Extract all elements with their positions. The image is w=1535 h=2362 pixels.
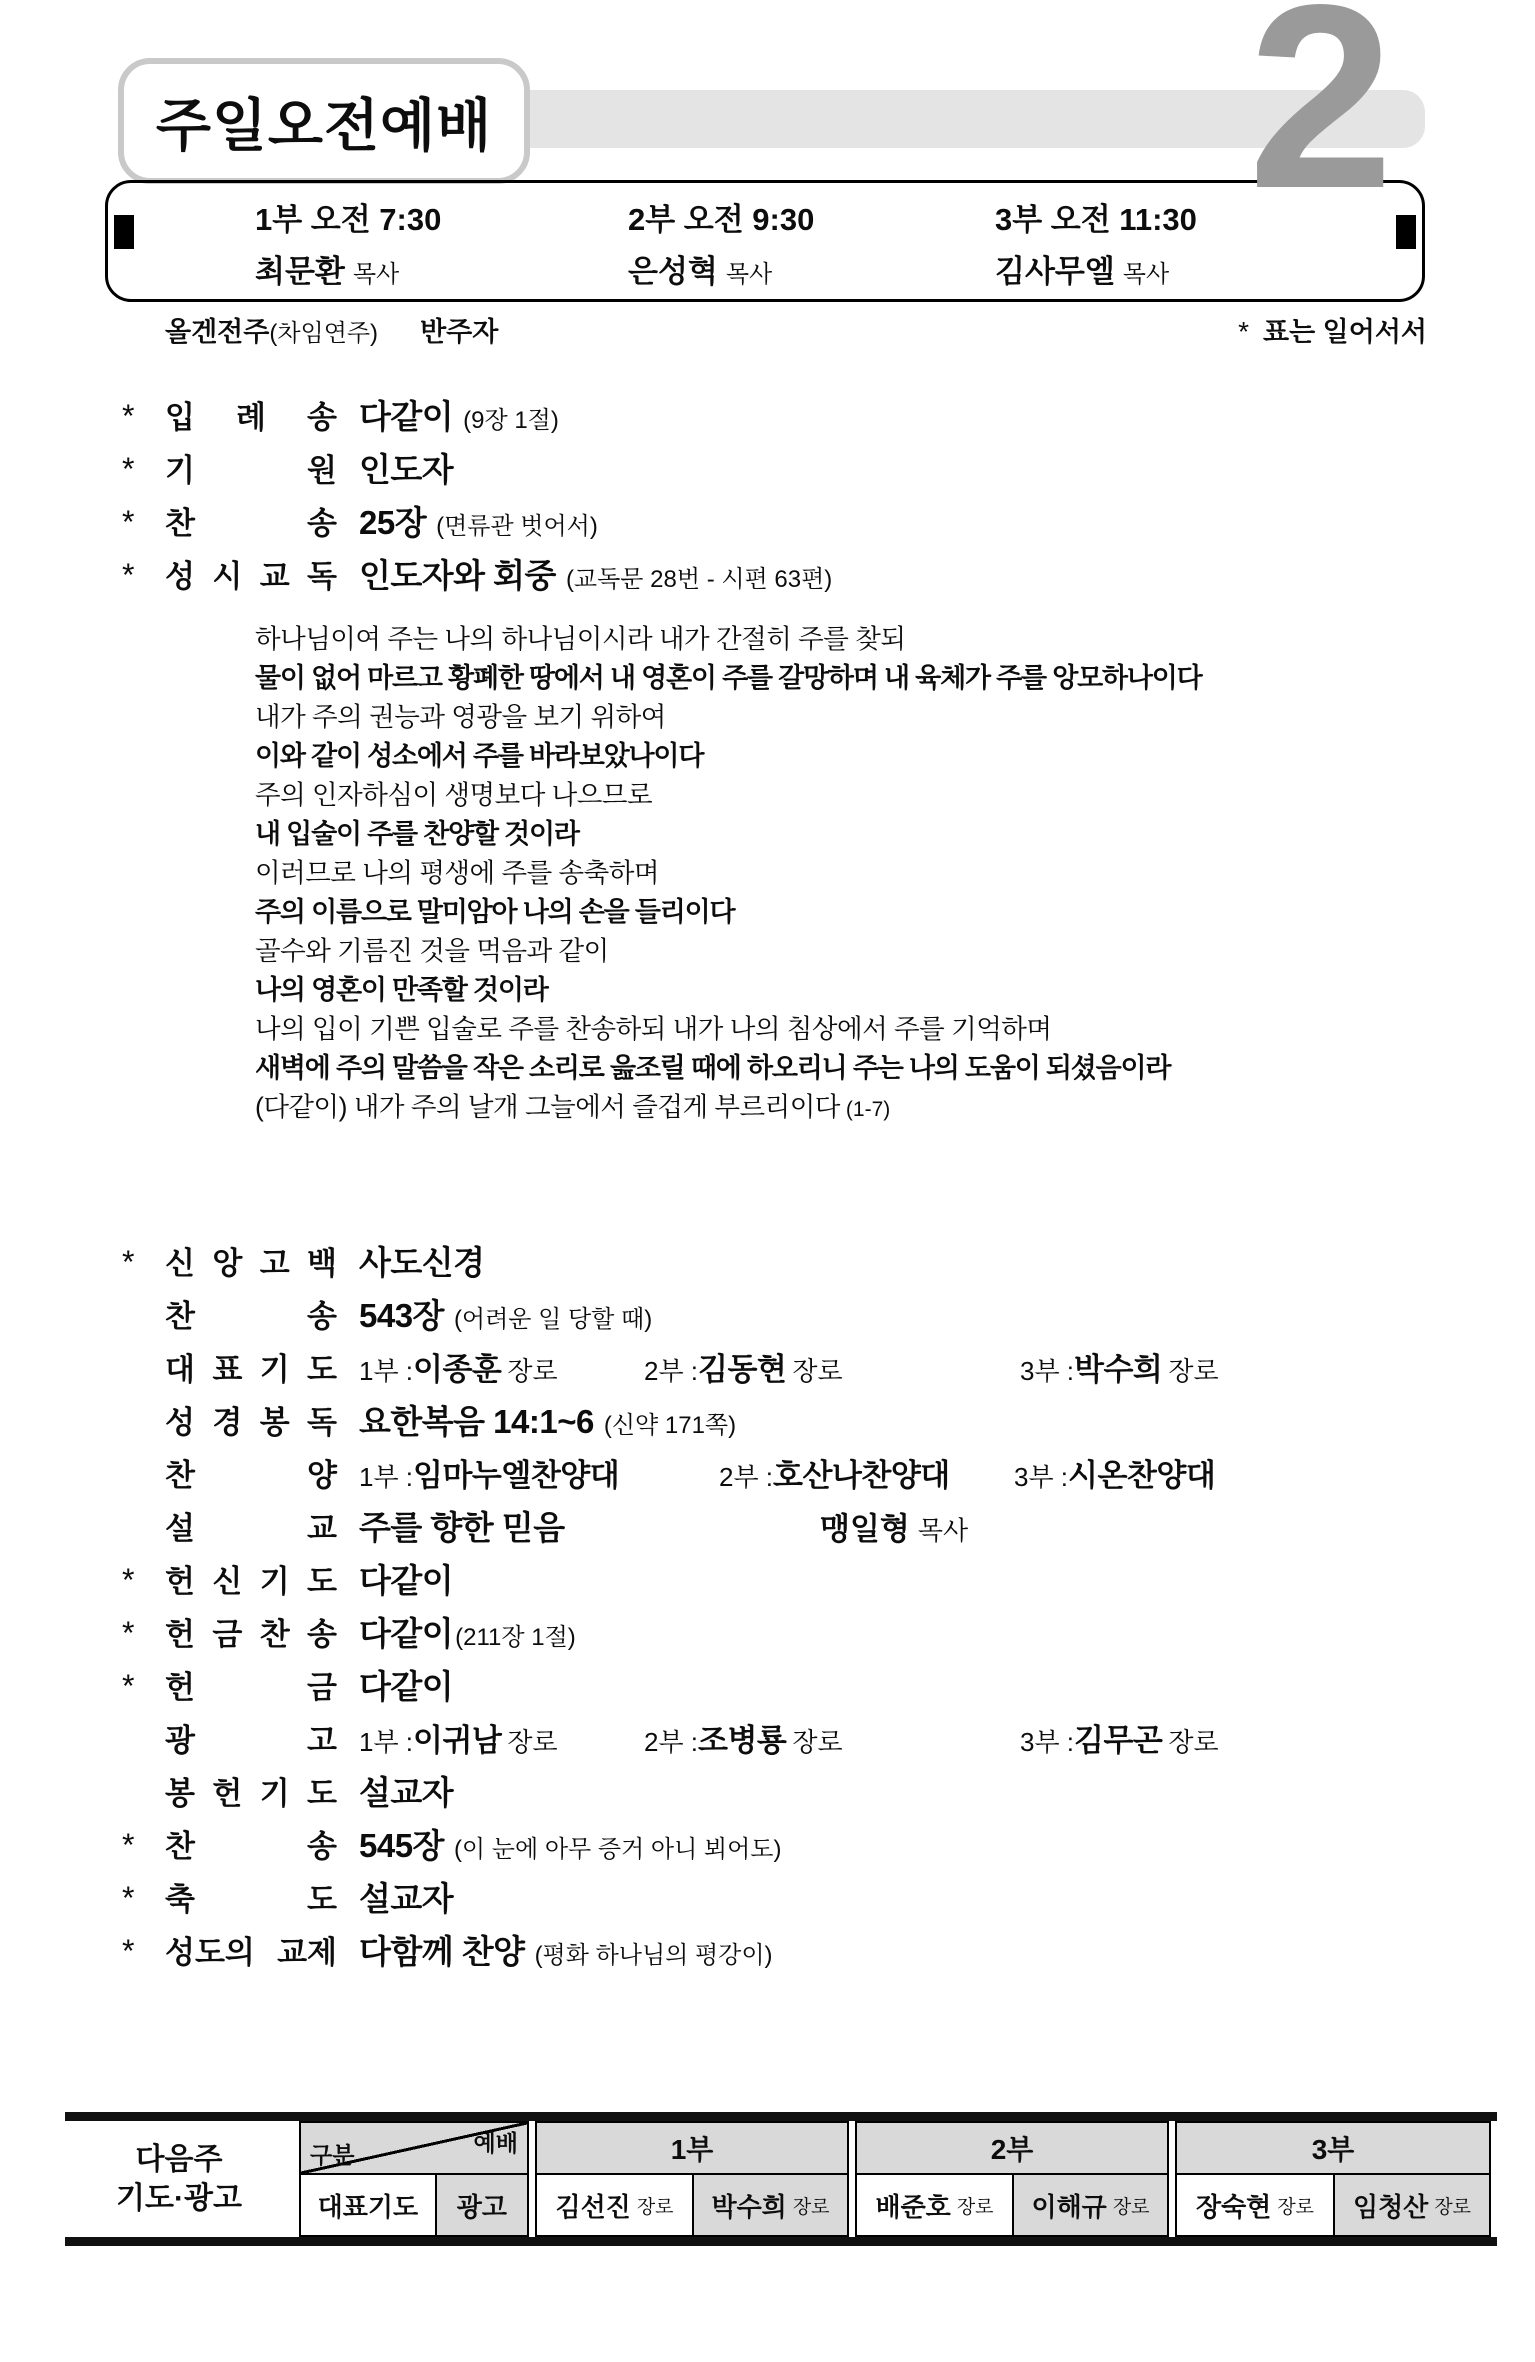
reading-text: 새벽에 주의 말씀을 작은 소리로 읊조릴 때에 하오리니 주는 나의 도움이 … <box>255 1053 1170 1083</box>
prelude-label: 올겐전주 <box>165 310 269 349</box>
order-note: (어려운 일 당할 때) <box>454 1299 652 1334</box>
order-label: 봉헌기도 <box>165 1768 337 1813</box>
order-label: 광고 <box>165 1715 337 1760</box>
worship-order-row: * 대표기도 1부 : 이종훈장로2부 : 김동현장로3부 : 박수희장로 <box>0 1340 1535 1393</box>
order-label-segment: 기 <box>260 1768 290 1813</box>
reading-text: 내 입술이 주를 찬양할 것이라 <box>255 819 579 849</box>
pastor-name: 은성혁 <box>628 254 718 289</box>
pastor-title: 목사 <box>1123 261 1169 288</box>
page-number: 2 <box>1248 0 1394 228</box>
order-content: 요한복음 14:1~6(신약 171쪽) <box>359 1396 736 1443</box>
right-tab-marker <box>1396 215 1416 249</box>
reading-text: 주의 인자하심이 생명보다 나으므로 <box>255 780 652 810</box>
order-label-segment: 찬 <box>165 1821 195 1866</box>
part-assignments: 1부 : 이귀남장로2부 : 조병룡장로3부 : 김무곤장로 <box>359 1715 1219 1760</box>
corner-label-category: 구분 <box>310 2137 354 2170</box>
order-label: 기원 <box>165 445 337 490</box>
worship-order-row: * 찬양 1부 : 임마누엘찬양대2부 : 호산나찬양대3부 : 시온찬양대 <box>0 1446 1535 1499</box>
table-service-group: 구분예배 대표기도 광고 <box>299 2121 529 2237</box>
table-cell-text: 대표기도 <box>318 2187 418 2224</box>
order-main-text: 다같이 <box>359 1608 453 1655</box>
order-label-segment: 성 <box>165 551 195 596</box>
order-content: 543장(어려운 일 당할 때) <box>359 1290 652 1337</box>
table-cell: 김선진장로 <box>537 2175 692 2235</box>
worship-order-row: * 입례송 다같이(9장 1절) <box>0 388 1535 441</box>
person-name: 김선진 <box>555 2187 630 2224</box>
table-service-group: 2부 배준호장로 이해규장로 <box>855 2121 1169 2237</box>
order-label-segment: 봉 <box>260 1397 290 1442</box>
person-name: 장숙현 <box>1196 2187 1271 2224</box>
order-label-segment: 도 <box>307 1768 337 1813</box>
worship-order-row: * 봉헌기도 설교자 <box>0 1764 1535 1817</box>
reading-text: 나의 영혼이 만족할 것이라 <box>255 975 548 1005</box>
service-time: 3부 오전 11:30 <box>995 194 1197 239</box>
table-service-group: 1부 김선진장로 박수희장로 <box>535 2121 849 2237</box>
order-label-segment: 송 <box>307 392 337 437</box>
pastor-title: 목사 <box>353 261 399 288</box>
order-main-text: 사도신경 <box>359 1237 485 1284</box>
person-name: 이종훈 <box>413 1344 501 1389</box>
worship-order-row: * 찬송 25장(면류관 벗어서) <box>0 494 1535 547</box>
left-tab-marker <box>114 215 134 249</box>
part-prefix: 3부 : <box>1014 1457 1068 1494</box>
person-title: 장로 <box>507 1722 557 1759</box>
reading-line: 주의 이름으로 말미암아 나의 손을 들리이다 <box>255 893 1535 932</box>
person-name: 맹일형 <box>820 1503 910 1548</box>
reading-text: 이와 같이 성소에서 주를 바라보았나이다 <box>255 741 703 771</box>
order-label-segment: 고 <box>307 1715 337 1760</box>
person-name: 조병룡 <box>698 1715 786 1760</box>
standing-asterisk: * <box>122 556 134 593</box>
order-note: (211장 1절) <box>455 1617 576 1652</box>
part-prefix: 2부 : <box>719 1457 773 1494</box>
order-label-segment: 찬 <box>165 1450 195 1495</box>
worship-order-row: * 찬송 545장(이 눈에 아무 증거 아니 뵈어도) <box>0 1817 1535 1870</box>
service-pastor: 최문환목사 <box>255 246 441 291</box>
reading-line: 나의 영혼이 만족할 것이라 <box>255 971 1535 1010</box>
order-label-segment: 찬 <box>165 1291 195 1336</box>
order-main-text: 543장 <box>359 1290 444 1337</box>
order-main-text: 주를 향한 믿음 <box>359 1502 565 1549</box>
person-name: 김동현 <box>698 1344 786 1389</box>
order-label-segment: 교 <box>307 1503 337 1548</box>
order-label-segment: 금 <box>307 1662 337 1707</box>
worship-order-row: * 헌신기도 다같이 <box>0 1552 1535 1605</box>
standing-asterisk: * <box>122 1826 134 1863</box>
order-label-segment: 앙 <box>212 1238 242 1283</box>
part-prefix: 1부 : <box>359 1457 413 1494</box>
standing-asterisk: * <box>122 503 134 540</box>
part-assignment: 3부 : 박수희장로 <box>1020 1344 1219 1389</box>
part-assignments: 1부 : 이종훈장로2부 : 김동현장로3부 : 박수희장로 <box>359 1344 1219 1389</box>
prelude-info: 올겐전주 (차임연주) 반주자 <box>165 310 498 349</box>
pastor-name: 최문환 <box>255 254 345 289</box>
person-title: 장로 <box>1113 2192 1150 2219</box>
page-title: 주일오전예배 <box>156 80 492 162</box>
order-label-segment: 기 <box>260 1344 290 1389</box>
table-cell: 박수희장로 <box>692 2175 847 2235</box>
part-assignment: 1부 : 이귀남장로 <box>359 1715 644 1760</box>
worship-order-row: * 성도의교제 다함께 찬양(평화 하나님의 평강이) <box>0 1923 1535 1976</box>
standing-asterisk: * <box>122 1561 134 1598</box>
order-label-segment: 찬 <box>260 1609 290 1654</box>
person-title: 장로 <box>792 1351 842 1388</box>
order-content: 1부 : 이귀남장로2부 : 조병룡장로3부 : 김무곤장로 <box>359 1715 1219 1760</box>
table-cell: 배준호장로 <box>857 2175 1012 2235</box>
standing-asterisk: * <box>1238 316 1249 348</box>
order-main-text: 요한복음 14:1~6 <box>359 1396 594 1443</box>
reading-line: 이러므로 나의 평생에 주를 송축하며 <box>255 854 1535 893</box>
order-label: 찬송 <box>165 498 337 543</box>
worship-order-row: * 헌금찬송 다같이(211장 1절) <box>0 1605 1535 1658</box>
service-column: 2부 오전 9:30 은성혁목사 <box>628 194 814 291</box>
person-name: 임마누엘찬양대 <box>413 1450 619 1495</box>
order-label-segment: 입 <box>165 392 195 437</box>
order-label-segment: 기 <box>260 1556 290 1601</box>
order-label-segment: 금 <box>212 1609 242 1654</box>
order-label-segment: 성도의 <box>165 1927 255 1972</box>
reading-line: 하나님이여 주는 나의 하나님이시라 내가 간절히 주를 찾되 <box>255 620 1535 659</box>
part-assignments: 1부 : 임마누엘찬양대2부 : 호산나찬양대3부 : 시온찬양대 <box>359 1450 1215 1495</box>
order-main-text: 인도자와 회중 <box>359 550 556 597</box>
responsive-reading: 하나님이여 주는 나의 하나님이시라 내가 간절히 주를 찾되 물이 없어 마르… <box>255 620 1535 1129</box>
reading-text: 하나님이여 주는 나의 하나님이시라 내가 간절히 주를 찾되 <box>255 624 905 654</box>
service-time: 1부 오전 7:30 <box>255 194 441 239</box>
order-label-segment: 헌 <box>165 1556 195 1601</box>
standing-asterisk: * <box>122 1879 134 1916</box>
next-week-line2: 기도·광고 <box>116 2179 242 2218</box>
reading-line: 이와 같이 성소에서 주를 바라보았나이다 <box>255 737 1535 776</box>
order-label: 찬송 <box>165 1291 337 1336</box>
order-content: 다같이 <box>359 1555 453 1602</box>
part-assignment: 1부 : 임마누엘찬양대 <box>359 1450 719 1495</box>
corner-label-service: 예배 <box>474 2125 518 2158</box>
service-column: 1부 오전 7:30 최문환목사 <box>255 194 441 291</box>
part-assignment: 3부 : 김무곤장로 <box>1020 1715 1219 1760</box>
order-label-segment: 도 <box>307 1344 337 1389</box>
person-name: 이해규 <box>1031 2187 1106 2224</box>
order-label-segment: 헌 <box>212 1768 242 1813</box>
reading-line: 주의 인자하심이 생명보다 나으므로 <box>255 776 1535 815</box>
order-label-segment: 백 <box>307 1238 337 1283</box>
order-content: 다같이(9장 1절) <box>359 391 559 438</box>
table-cell: 대표기도 <box>301 2175 435 2235</box>
order-note: (면류관 벗어서) <box>436 506 598 541</box>
order-content: 다같이(211장 1절) <box>359 1608 576 1655</box>
person-title: 장로 <box>792 1722 842 1759</box>
order-label: 성경봉독 <box>165 1397 337 1442</box>
order-main-text: 다같이 <box>359 1555 453 1602</box>
table-group-header: 2부 <box>857 2123 1167 2175</box>
order-label-segment: 헌 <box>165 1609 195 1654</box>
order-note: (교독문 28번 - 시편 63편) <box>566 559 832 594</box>
order-section-top: * 입례송 다같이(9장 1절) * 기원 인도자 * 찬송 25장(면류관 벗… <box>0 388 1535 600</box>
part-prefix: 2부 : <box>644 1722 698 1759</box>
order-main-text: 545장 <box>359 1820 444 1867</box>
standing-asterisk: * <box>122 1667 134 1704</box>
table-cell-text: 광고 <box>457 2187 507 2224</box>
order-label: 신앙고백 <box>165 1238 337 1283</box>
order-label-segment: 기 <box>165 445 195 490</box>
next-week-line1: 다음주 <box>136 2140 223 2179</box>
person-title: 장로 <box>507 1351 557 1388</box>
table-service-group: 3부 장숙현장로 임청산장로 <box>1175 2121 1491 2237</box>
order-label-segment: 경 <box>212 1397 242 1442</box>
order-content: 사도신경 <box>359 1237 485 1284</box>
order-label-segment: 신 <box>212 1556 242 1601</box>
order-main-text: 설교자 <box>359 1873 453 1920</box>
order-content: 25장(면류관 벗어서) <box>359 497 598 544</box>
order-label: 찬양 <box>165 1450 337 1495</box>
reading-line: 새벽에 주의 말씀을 작은 소리로 읊조릴 때에 하오리니 주는 나의 도움이 … <box>255 1049 1535 1088</box>
order-label-segment: 표 <box>212 1344 242 1389</box>
service-pastor: 은성혁목사 <box>628 246 814 291</box>
order-label: 헌금찬송 <box>165 1609 337 1654</box>
reading-line: 내 입술이 주를 찬양할 것이라 <box>255 815 1535 854</box>
table-cell: 이해규장로 <box>1012 2175 1167 2235</box>
prelude-sub-label: (차임연주) <box>269 313 378 348</box>
table-cell: 임청산장로 <box>1333 2175 1489 2235</box>
reading-text: 내가 주의 권능과 영광을 보기 위하여 <box>255 702 666 732</box>
order-note: (이 눈에 아무 증거 아니 뵈어도) <box>454 1829 782 1864</box>
order-label-segment: 례 <box>236 392 266 437</box>
reading-line: 내가 주의 권능과 영광을 보기 위하여 <box>255 698 1535 737</box>
order-main-text: 다같이 <box>359 391 453 438</box>
table-group-header: 1부 <box>537 2123 847 2175</box>
table-group-header: 3부 <box>1177 2123 1489 2175</box>
standing-asterisk: * <box>122 450 134 487</box>
part-assignment: 3부 : 시온찬양대 <box>1014 1450 1215 1495</box>
service-column: 3부 오전 11:30 김사무엘목사 <box>995 194 1197 291</box>
order-content: 다함께 찬양(평화 하나님의 평강이) <box>359 1926 773 1973</box>
standing-text: 표는 일어서서 <box>1263 310 1427 349</box>
service-time: 2부 오전 9:30 <box>628 194 814 239</box>
reading-line: 물이 없어 마르고 황폐한 땅에서 내 영혼이 주를 갈망하며 내 육체가 주를… <box>255 659 1535 698</box>
reading-line: 골수와 기름진 것을 먹음과 같이 <box>255 932 1535 971</box>
order-label-segment: 독 <box>307 551 337 596</box>
prelude-row: 올겐전주 (차임연주) 반주자 * 표는 일어서서 <box>0 310 1535 350</box>
person-name: 이귀남 <box>413 1715 501 1760</box>
part-prefix: 3부 : <box>1020 1722 1074 1759</box>
worship-order: * 입례송 다같이(9장 1절) * 기원 인도자 * 찬송 25장(면류관 벗… <box>0 388 1535 1976</box>
order-label-segment: 광 <box>165 1715 195 1760</box>
service-pastor: 김사무엘목사 <box>995 246 1197 291</box>
order-label-segment: 봉 <box>165 1768 195 1813</box>
service-times-box: 1부 오전 7:30 최문환목사 2부 오전 9:30 은성혁목사 3부 오전 … <box>105 180 1425 302</box>
order-label-segment: 송 <box>307 1821 337 1866</box>
order-label-segment: 시 <box>212 551 242 596</box>
order-note: (평화 하나님의 평강이) <box>535 1935 773 1970</box>
part-assignment: 2부 : 호산나찬양대 <box>719 1450 1014 1495</box>
order-label-segment: 도 <box>307 1874 337 1919</box>
table-cell: 장숙현장로 <box>1177 2175 1333 2235</box>
order-label-segment: 송 <box>307 498 337 543</box>
order-label-segment: 찬 <box>165 498 195 543</box>
worship-order-row: * 찬송 543장(어려운 일 당할 때) <box>0 1287 1535 1340</box>
part-prefix: 1부 : <box>359 1722 413 1759</box>
order-label: 찬송 <box>165 1821 337 1866</box>
person-name: 임청산 <box>1353 2187 1428 2224</box>
person-name: 시온찬양대 <box>1068 1450 1215 1495</box>
order-label-segment: 헌 <box>165 1662 195 1707</box>
order-main-text: 다함께 찬양 <box>359 1926 525 1973</box>
order-label-segment: 양 <box>307 1450 337 1495</box>
order-label-segment: 송 <box>307 1291 337 1336</box>
order-content: 설교자 <box>359 1873 453 1920</box>
pastor-name: 김사무엘 <box>995 254 1115 289</box>
worship-order-row: * 기원 인도자 <box>0 441 1535 494</box>
person-title: 장로 <box>1168 1351 1218 1388</box>
order-content: 1부 : 임마누엘찬양대2부 : 호산나찬양대3부 : 시온찬양대 <box>359 1450 1215 1495</box>
table-group-header: 구분예배 <box>301 2123 527 2175</box>
standing-asterisk: * <box>122 397 134 434</box>
worship-order-row: * 헌금 다같이 <box>0 1658 1535 1711</box>
order-label-segment: 고 <box>260 1238 290 1283</box>
order-content: 인도자와 회중(교독문 28번 - 시편 63편) <box>359 550 832 597</box>
order-note: (신약 171쪽) <box>604 1405 736 1440</box>
order-label-segment: 송 <box>307 1609 337 1654</box>
order-main-text: 설교자 <box>359 1767 453 1814</box>
person-name: 배준호 <box>875 2187 950 2224</box>
order-label-segment: 신 <box>165 1238 195 1283</box>
reading-text: 물이 없어 마르고 황폐한 땅에서 내 영혼이 주를 갈망하며 내 육체가 주를… <box>255 663 1202 693</box>
next-week-table: 다음주 기도·광고 구분예배 대표기도 광고 1부 김선진장로 박수희장로 2부… <box>65 2112 1497 2246</box>
order-content: 다같이 <box>359 1661 453 1708</box>
order-main-text: 25장 <box>359 497 426 544</box>
reading-text: 나의 입이 기쁜 입술로 주를 찬송하되 내가 나의 침상에서 주를 기억하며 <box>255 1014 1052 1044</box>
order-label-segment: 축 <box>165 1874 195 1919</box>
worship-order-row: * 축도 설교자 <box>0 1870 1535 1923</box>
order-label: 헌신기도 <box>165 1556 337 1601</box>
order-label-segment: 독 <box>307 1397 337 1442</box>
part-prefix: 1부 : <box>359 1351 413 1388</box>
person-name: 박수희 <box>711 2187 786 2224</box>
person-title: 장로 <box>1277 2192 1314 2219</box>
order-section-bottom: * 신앙고백 사도신경 * 찬송 543장(어려운 일 당할 때) * 대표기도… <box>0 1234 1535 1976</box>
order-label-segment: 교 <box>260 551 290 596</box>
next-week-label: 다음주 기도·광고 <box>65 2121 293 2237</box>
standing-asterisk: * <box>122 1614 134 1651</box>
order-label-segment: 원 <box>307 445 337 490</box>
order-label: 대표기도 <box>165 1344 337 1389</box>
order-main-text: 다같이 <box>359 1661 453 1708</box>
order-content: 설교자 <box>359 1767 453 1814</box>
worship-order-row: * 신앙고백 사도신경 <box>0 1234 1535 1287</box>
person-title: 장로 <box>793 2192 830 2219</box>
part-assignment: 2부 : 조병룡장로 <box>644 1715 1020 1760</box>
person-title: 장로 <box>637 2192 674 2219</box>
standing-asterisk: * <box>122 1932 134 1969</box>
order-label-segment: 성 <box>165 1397 195 1442</box>
order-label-segment: 설 <box>165 1503 195 1548</box>
part-assignment: 2부 : 김동현장로 <box>644 1344 1020 1389</box>
prelude-performer: 반주자 <box>420 310 498 349</box>
order-label: 입례송 <box>165 392 337 437</box>
part-assignment: 1부 : 이종훈장로 <box>359 1344 644 1389</box>
order-label-segment: 도 <box>307 1556 337 1601</box>
reading-text: (다같이) 내가 주의 날개 그늘에서 즐겁게 부르리이다 <box>255 1092 840 1122</box>
person-name: 호산나찬양대 <box>773 1450 950 1495</box>
person-name: 김무곤 <box>1074 1715 1162 1760</box>
order-label-segment: 대 <box>165 1344 195 1389</box>
order-main-text: 인도자 <box>359 444 453 491</box>
person-title: 장로 <box>1168 1722 1218 1759</box>
order-label: 성시교독 <box>165 551 337 596</box>
order-content: 545장(이 눈에 아무 증거 아니 뵈어도) <box>359 1820 781 1867</box>
reading-text: 이러므로 나의 평생에 주를 송축하며 <box>255 858 659 888</box>
worship-order-row: * 설교 주를 향한 믿음 맹일형목사 <box>0 1499 1535 1552</box>
order-content: 1부 : 이종훈장로2부 : 김동현장로3부 : 박수희장로 <box>359 1344 1219 1389</box>
person-title: 장로 <box>1434 2192 1471 2219</box>
bulletin-page: 주일오전예배 2 1부 오전 7:30 최문환목사 2부 오전 9:30 은성혁… <box>0 0 1535 2362</box>
order-content: 인도자 <box>359 444 453 491</box>
order-content: 주를 향한 믿음 <box>359 1502 565 1549</box>
reading-text: 골수와 기름진 것을 먹음과 같이 <box>255 936 609 966</box>
order-label-segment: 교제 <box>277 1927 337 1972</box>
order-label: 성도의교제 <box>165 1927 337 1972</box>
table-cell: 광고 <box>435 2175 527 2235</box>
standing-note: * 표는 일어서서 <box>1238 310 1427 349</box>
person-title: 목사 <box>918 1510 968 1547</box>
order-label: 축도 <box>165 1874 337 1919</box>
title-box: 주일오전예배 <box>118 58 530 184</box>
worship-order-row: * 성시교독 인도자와 회중(교독문 28번 - 시편 63편) <box>0 547 1535 600</box>
reading-line: (다같이) 내가 주의 날개 그늘에서 즐겁게 부르리이다(1-7) <box>255 1088 1535 1129</box>
reading-text: 주의 이름으로 말미암아 나의 손을 들리이다 <box>255 897 734 927</box>
sermon-speaker: 맹일형목사 <box>820 1503 968 1548</box>
worship-order-row: * 광고 1부 : 이귀남장로2부 : 조병룡장로3부 : 김무곤장로 <box>0 1711 1535 1764</box>
reading-line: 나의 입이 기쁜 입술로 주를 찬송하되 내가 나의 침상에서 주를 기억하며 <box>255 1010 1535 1049</box>
person-title: 장로 <box>957 2192 994 2219</box>
worship-order-row: * 성경봉독 요한복음 14:1~6(신약 171쪽) <box>0 1393 1535 1446</box>
standing-asterisk: * <box>122 1243 134 1280</box>
part-prefix: 3부 : <box>1020 1351 1074 1388</box>
order-note: (9장 1절) <box>463 400 559 435</box>
person-name: 박수희 <box>1074 1344 1162 1389</box>
verse-reference: (1-7) <box>846 1098 890 1121</box>
part-prefix: 2부 : <box>644 1351 698 1388</box>
order-label: 헌금 <box>165 1662 337 1707</box>
pastor-title: 목사 <box>726 261 772 288</box>
order-label: 설교 <box>165 1503 337 1548</box>
